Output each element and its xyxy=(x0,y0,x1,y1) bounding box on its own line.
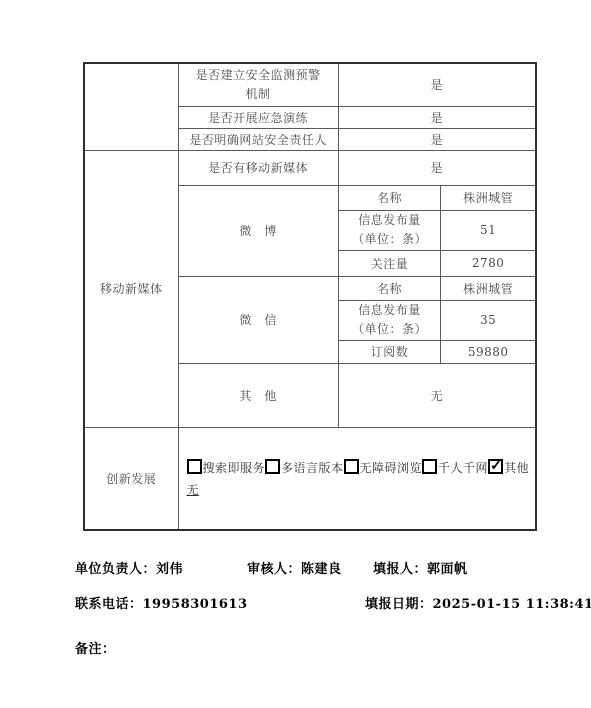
checkbox-search-service-icon[interactable] xyxy=(187,459,202,474)
filler-field: 填报人：郭面帆 xyxy=(373,558,468,577)
other-media-value: 无 xyxy=(338,363,536,427)
security-warning-mechanism-value: 是 xyxy=(338,63,536,106)
phone-value: 19958301613 xyxy=(143,597,248,612)
date-field: 填报日期：2025-01-15 11:38:41 xyxy=(365,593,591,612)
phone-field: 联系电话：19958301613 xyxy=(75,593,248,612)
wechat-name-value: 株洲城管 xyxy=(441,276,536,300)
unit-head-label: 单位负责人： xyxy=(75,562,156,577)
weibo-followers-label: 关注量 xyxy=(338,250,441,276)
innovation-checkbox-line: 搜索即服务多语言版本无障碍浏览千人千网其他 xyxy=(187,458,530,478)
wechat-posts-label: 信息发布量 （单位：条） xyxy=(338,300,441,340)
checkbox-accessibility-label: 无障碍浏览 xyxy=(360,461,423,475)
remark-field: 备注： xyxy=(75,638,116,657)
checkbox-search-service-label: 搜索即服务 xyxy=(203,461,266,475)
report-page: { "table": { "security_rows": [ { "label… xyxy=(0,0,591,708)
checkbox-other-label: 其他 xyxy=(504,461,529,475)
report-table: 是否建立安全监测预警 机制 是 是否开展应急演练 是 是否明确网站安全责任人 是… xyxy=(83,62,537,531)
checkbox-personalized-icon[interactable] xyxy=(422,459,437,474)
weibo-followers-value: 2780 xyxy=(441,250,536,276)
unit-head-field: 单位负责人：刘伟 xyxy=(75,558,183,577)
wechat-subs-label: 订阅数 xyxy=(338,340,441,363)
section-cell-innovation: 创新发展 xyxy=(84,427,178,530)
wechat-name-label: 名称 xyxy=(338,276,441,300)
date-value: 2025-01-15 11:38:41 xyxy=(433,597,591,612)
innovation-cell: 搜索即服务多语言版本无障碍浏览千人千网其他 无 xyxy=(178,427,536,530)
unit-head-value: 刘伟 xyxy=(156,562,183,577)
filler-label: 填报人： xyxy=(373,562,427,577)
weibo-posts-value: 51 xyxy=(441,210,536,250)
checkbox-accessibility-icon[interactable] xyxy=(344,459,359,474)
phone-label: 联系电话： xyxy=(75,597,143,612)
emergency-drill-value: 是 xyxy=(338,106,536,128)
section-cell-mobile-media: 移动新媒体 xyxy=(84,150,178,427)
table-row: 创新发展 搜索即服务多语言版本无障碍浏览千人千网其他 无 xyxy=(84,427,536,530)
checkbox-other-icon[interactable] xyxy=(488,459,503,474)
table-row: 是否建立安全监测预警 机制 是 xyxy=(84,63,536,106)
emergency-drill-label: 是否开展应急演练 xyxy=(178,106,338,128)
remark-label: 备注： xyxy=(75,642,116,657)
section-cell-empty xyxy=(84,63,178,150)
reviewer-value: 陈建良 xyxy=(301,562,342,577)
date-label: 填报日期： xyxy=(365,597,433,612)
has-mobile-media-value: 是 xyxy=(338,150,536,185)
security-warning-mechanism-label: 是否建立安全监测预警 机制 xyxy=(178,63,338,106)
has-mobile-media-label: 是否有移动新媒体 xyxy=(178,150,338,185)
weibo-name-value: 株洲城管 xyxy=(441,185,536,210)
weibo-posts-label: 信息发布量 （单位：条） xyxy=(338,210,441,250)
weibo-cell: 微 博 xyxy=(178,185,338,276)
security-responsible-label: 是否明确网站安全责任人 xyxy=(178,128,338,150)
wechat-subs-value: 59880 xyxy=(441,340,536,363)
wechat-posts-value: 35 xyxy=(441,300,536,340)
checkbox-personalized-label: 千人千网 xyxy=(438,461,488,475)
checkbox-multilingual-label: 多语言版本 xyxy=(281,461,344,475)
weibo-name-label: 名称 xyxy=(338,185,441,210)
checkbox-multilingual-icon[interactable] xyxy=(265,459,280,474)
table-row: 移动新媒体 是否有移动新媒体 是 xyxy=(84,150,536,185)
innovation-other-text: 无 xyxy=(187,481,530,498)
filler-value: 郭面帆 xyxy=(427,562,468,577)
security-responsible-value: 是 xyxy=(338,128,536,150)
reviewer-field: 审核人：陈建良 xyxy=(247,558,342,577)
other-media-label: 其 他 xyxy=(178,363,338,427)
reviewer-label: 审核人： xyxy=(247,562,301,577)
wechat-cell: 微 信 xyxy=(178,276,338,363)
